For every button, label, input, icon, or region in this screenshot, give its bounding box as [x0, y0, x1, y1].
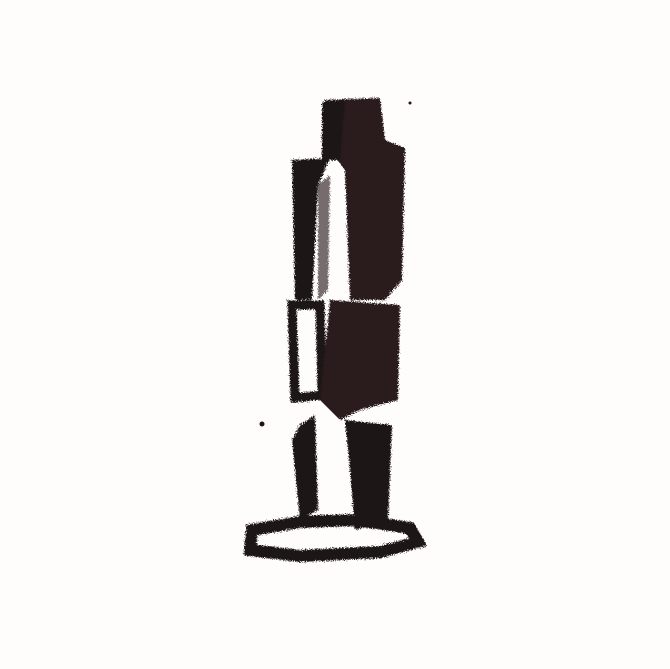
figure-sketch [0, 0, 670, 669]
sketch-canvas: Charcoal/crayon sketch of a tall standin… [0, 0, 670, 669]
